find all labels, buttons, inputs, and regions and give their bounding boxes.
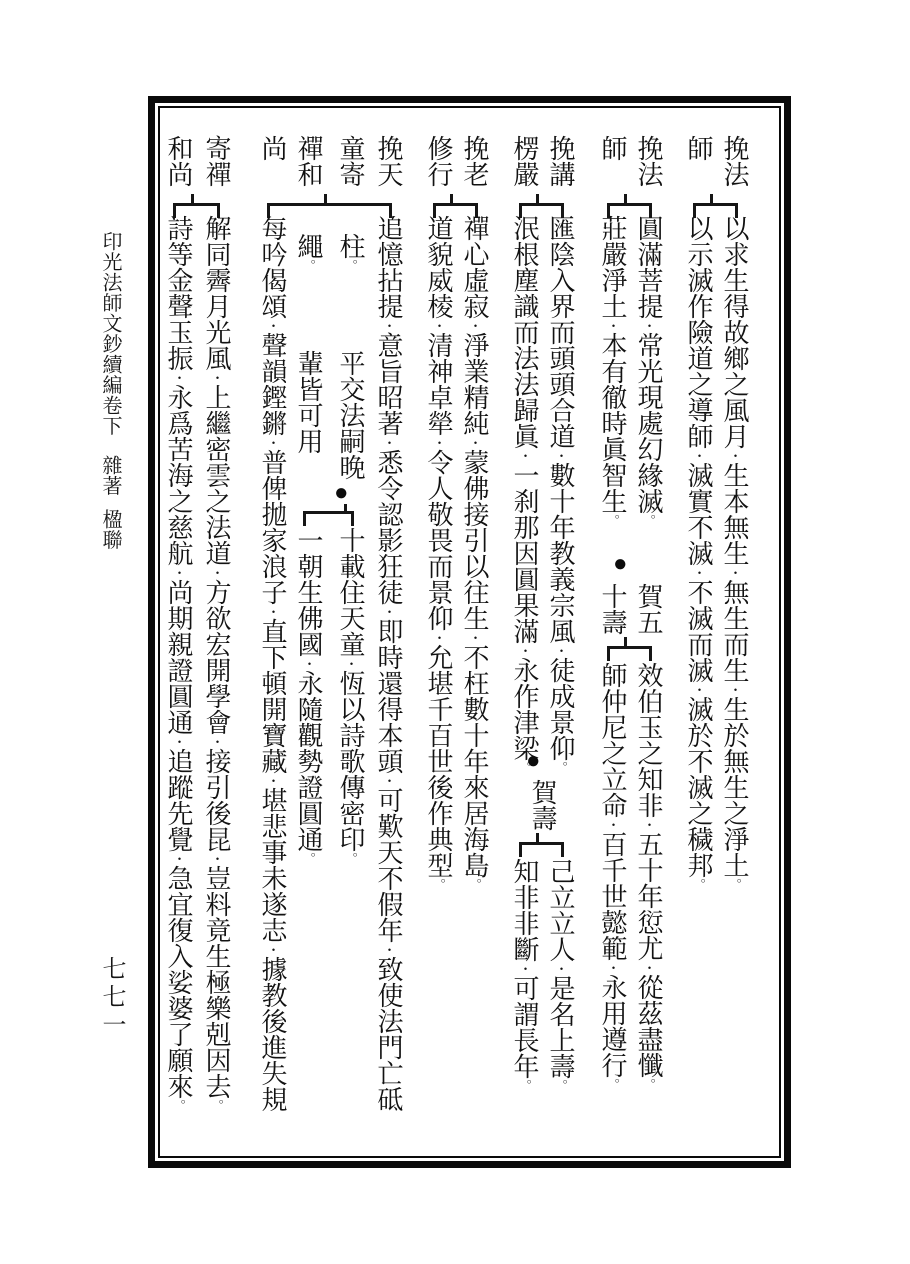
entry0-line1: 以求生得故鄉之風月・生本無生・無生而生・生於無生之淨土。 xyxy=(717,215,751,891)
entry1-header-col1: 挽法 xyxy=(631,135,665,187)
entry4-header: 賀壽 xyxy=(525,779,559,831)
entry2-header-col2: 十壽 xyxy=(595,583,629,635)
book-page: 印光法師文鈔續編卷下 雜著 楹聯 七七一 挽法 師 以求生得故鄉之風月・生本無生… xyxy=(0,0,910,1264)
entry3-header-col2: 楞嚴 xyxy=(507,135,541,187)
entry1-bracket-stem xyxy=(624,194,627,203)
entry6-line1-wrap: 柱。 xyxy=(333,233,367,272)
entry0-line2: 以示滅作險道之導師・滅實不滅・不滅而滅・滅於不滅之穢邦。 xyxy=(681,215,715,891)
entry6-header-col4: 尚 xyxy=(255,135,289,161)
entry0-header-col1: 挽法 xyxy=(717,135,751,187)
entry2-bracket-stem xyxy=(624,637,627,646)
entry6-bracket-stem xyxy=(324,194,327,203)
entry3-line1: 匯陰入界而頭頭合道・數十年教義宗風・徒成景仰。 xyxy=(543,215,577,774)
entry8-header-col2: 和尚 xyxy=(161,135,195,187)
entry2-header-col1: 賀五 xyxy=(631,583,665,635)
entry4-line2: 知非非斷・可謂長年。 xyxy=(507,858,541,1092)
entry8-header-col1: 寄禪 xyxy=(199,135,233,187)
entry2-bullet-icon: ● xyxy=(613,551,628,577)
margin-section: 雜著 xyxy=(95,455,125,496)
entry7-bracket xyxy=(303,511,354,526)
entry0-header-col2: 師 xyxy=(681,135,715,161)
entry2-line1: 效伯玉之知非・五十年愆尤・從茲盡懺。 xyxy=(631,662,665,1091)
entry6-header-col1: 挽天 xyxy=(371,135,405,187)
entry6-note-col1: 平交法嗣晚 xyxy=(333,350,367,480)
entry5-line1: 禪心虛寂・淨業精純・蒙佛接引以往生・不枉數十年來居海島。 xyxy=(457,215,491,891)
entry4-bracket xyxy=(519,842,564,857)
entry6-note-col2: 輩皆可用 xyxy=(291,350,325,454)
entry4-line1: 己立立人・是名上壽。 xyxy=(543,858,577,1092)
entry8-line1: 解同霽月光風・上繼密雲之法道・方欲宏開學會・接引後昆・豈料竟生極樂剋因去。 xyxy=(199,215,233,1112)
page-number: 七七一 xyxy=(96,956,126,1040)
entry3-line2: 泯根塵識而法法歸眞・一刹那因圓果滿・永作津梁。 xyxy=(507,215,541,774)
entry0-bracket-stem xyxy=(710,194,713,203)
entry6-header-col3: 禪和 xyxy=(291,135,325,187)
entry4-bracket-stem xyxy=(536,833,539,842)
entry1-line2: 莊嚴淨土・本有徹時眞智生。 xyxy=(595,215,629,527)
entry7-line2: 一朝生佛國・永隨觀勢證圓通。 xyxy=(291,527,325,865)
entry6-line1: 追憶拈提・意旨昭著・悉令認影狂徒・即時還得本頭・可歎天不假年・致使法門亡砥 xyxy=(371,215,405,1112)
entry5-header-col2: 修行 xyxy=(421,135,455,187)
entry5-header-col1: 挽老 xyxy=(457,135,491,187)
entry7-line1: 十載住天童・恆以詩歌傳密印。 xyxy=(333,527,367,865)
entry2-line2: 師仲尼之立命・百千世懿範・永用遵行。 xyxy=(595,662,629,1091)
entry2-bracket xyxy=(607,646,652,661)
entry6-line2: 每吟偈頌・聲韻鏗鏘・普俾拋家浪子・直下頓開寶藏・堪悲事未遂志・據教後進失規 xyxy=(255,215,289,1112)
entry1-header-col2: 師 xyxy=(595,135,629,161)
entry6-header-col2: 童寄 xyxy=(333,135,367,187)
entry7-bracket-stem xyxy=(344,504,347,511)
entry1-line1: 圓滿菩提・常光現處幻緣滅。 xyxy=(631,215,665,527)
entry8-bracket-stem xyxy=(191,194,194,203)
margin-book-title: 印光法師文鈔續編卷下 xyxy=(95,231,125,436)
entry7-bullet-icon: ● xyxy=(334,480,349,506)
entry3-bracket-stem xyxy=(536,194,539,203)
entry3-header-col1: 挽講 xyxy=(543,135,577,187)
entry5-line2: 道貌威棱・清神卓犖・令人敬畏而景仰・允堪千百世後作典型。 xyxy=(421,215,455,891)
entry8-line2: 詩等金聲玉振・永爲苦海之慈航・尚期親證圓通・追蹤先覺・急宜復入娑婆了願來。 xyxy=(161,215,195,1112)
entry5-bracket-stem xyxy=(450,194,453,203)
entry4-bullet-icon: ● xyxy=(526,748,541,774)
margin-subsection: 楹聯 xyxy=(95,509,125,550)
entry6-line2-wrap: 繩。 xyxy=(291,233,325,272)
